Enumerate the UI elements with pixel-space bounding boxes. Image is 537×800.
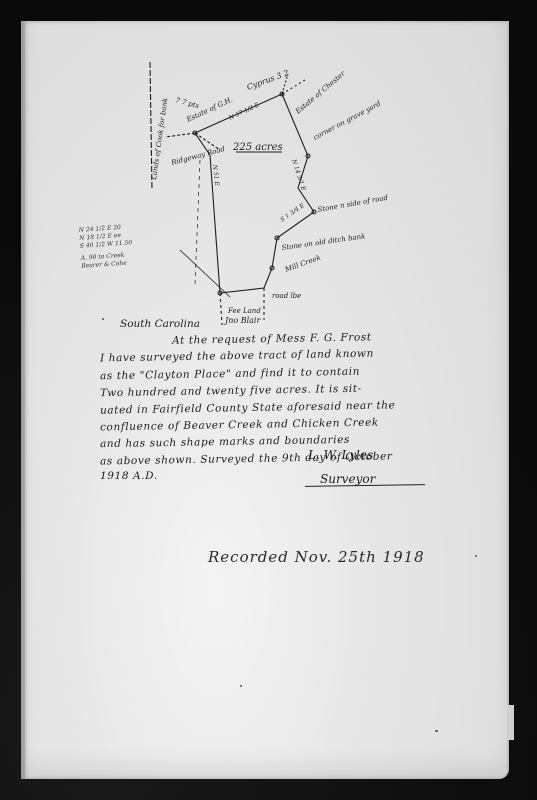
speck [240,685,242,687]
speck [475,555,477,557]
side-notes: N 24 1/2 E 20 N 18 1/2 E ee S 40 1/2 W 1… [79,223,134,271]
label-lower-right-1: Stone on old ditch bank [281,232,366,252]
bearing-label-2: N 57 1/2 E [227,101,261,122]
page-tab [507,705,514,740]
certificate-line: 1918 A.D. [100,470,158,482]
label-top-right: Estate of Chester [293,69,347,116]
label-bottom-2: Fee Land [227,307,261,315]
label-upper-left: 7 7 pts [174,96,200,110]
label-right-lower: Stone n side of road [317,194,389,214]
speck [435,730,438,732]
surveyor-signature: L. W. Lyles [308,448,373,462]
label-mill-creek: Mill Creek [283,254,322,275]
page-left-edge [21,21,25,779]
label-bottom-right: road lbe [272,292,301,300]
label-right-mid: corner on grave yard [312,99,382,141]
survey-plat: 225 acres Cyprus 3 2 Estate of Chester c… [60,40,460,330]
speck [102,318,104,320]
label-bottom: Jno Blair [223,316,261,325]
label-far-left: Lands of Cook for bank [150,97,170,181]
plat-drawing: 225 acres Cyprus 3 2 Estate of Chester c… [60,40,460,330]
acreage-label: 225 acres [232,142,283,153]
surveyor-title: Surveyor [320,472,375,486]
recorded-note: Recorded Nov. 25th 1918 [208,548,425,566]
state-label: South Carolina [120,318,200,330]
